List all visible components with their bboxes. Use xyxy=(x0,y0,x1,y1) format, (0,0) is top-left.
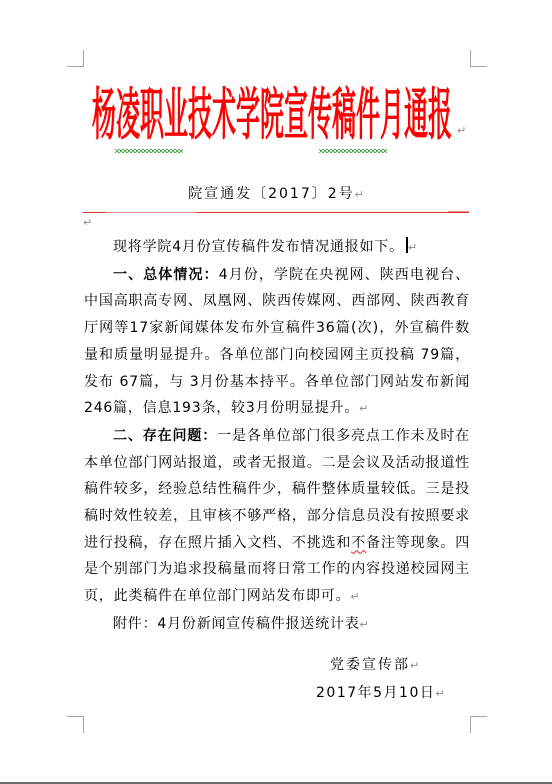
grammar-squiggle xyxy=(115,149,183,153)
document-title-text: 杨凌职业技术学院宣传稿件月通报 xyxy=(92,78,452,152)
margin-corner-bottom-right xyxy=(470,716,487,733)
paragraph-mark-icon: ↵ xyxy=(355,188,364,201)
signature-department-text: 党委宣传部 xyxy=(330,657,410,673)
section-overview-paragraph[interactable]: 一、总体情况：4月份，学院在央视网、陕西电视台、中国高职高专网、凤凰网、陕西传媒… xyxy=(84,262,470,423)
section-issues-paragraph[interactable]: 二、存在问题：一是各单位部门很多亮点工作未及时在本单位部门网站报道，或者无报道。… xyxy=(84,423,470,611)
paragraph-mark-icon: ↵ xyxy=(457,124,466,137)
paragraph-mark-icon: ↵ xyxy=(360,618,370,631)
signature-department[interactable]: 党委宣传部↵ xyxy=(330,655,421,676)
paragraph-mark-icon: ↵ xyxy=(408,241,418,254)
intro-text: 现将学院4月份宣传稿件发布情况通报如下。 xyxy=(113,239,404,255)
paragraph-mark-icon: ↵ xyxy=(359,402,369,415)
margin-corner-top-left xyxy=(67,50,84,67)
document-title[interactable]: 杨凌职业技术学院宣传稿件月通报 xyxy=(92,82,452,148)
paragraph-mark-icon: ↵ xyxy=(350,590,360,603)
margin-corner-top-right xyxy=(470,50,487,67)
paragraph-mark-icon: ↵ xyxy=(83,216,92,229)
red-header-rule-highlight xyxy=(106,212,196,213)
section-issues-text: 一是各单位部门很多亮点工作未及时在本单位部门网站报道，或者无报道。二是会议及活动… xyxy=(84,428,470,551)
section-overview-heading: 一、总体情况： xyxy=(113,267,219,283)
document-page[interactable]: 杨凌职业技术学院宣传稿件月通报 ↵ 院宣通发〔2017〕2号↵ ↵ 现将学院4月… xyxy=(0,0,552,784)
section-issues-heading: 二、存在问题： xyxy=(113,428,217,444)
section-overview-text: 4月份，学院在央视网、陕西电视台、中国高职高专网、凤凰网、陕西传媒网、西部网、陕… xyxy=(84,267,470,417)
document-body[interactable]: 现将学院4月份宣传稿件发布情况通报如下。↵ 一、总体情况：4月份，学院在央视网、… xyxy=(84,234,470,639)
signature-date[interactable]: 2017年5月10日↵ xyxy=(316,683,446,704)
grammar-squiggle xyxy=(319,149,387,153)
red-header-rule-highlight xyxy=(448,211,469,212)
intro-paragraph[interactable]: 现将学院4月份宣传稿件发布情况通报如下。↵ xyxy=(84,234,470,262)
paragraph-mark-icon: ↵ xyxy=(410,659,421,672)
document-number-text: 院宣通发〔2017〕2号 xyxy=(188,186,355,202)
attachment-text: 附件：4月份新闻宣传稿件报送统计表 xyxy=(113,616,360,632)
paragraph-mark-icon: ↵ xyxy=(435,687,446,700)
signature-date-text: 2017年5月10日 xyxy=(316,685,435,701)
margin-corner-bottom-left xyxy=(67,716,84,733)
spelling-flagged-word[interactable]: 不 xyxy=(351,535,366,551)
attachment-paragraph[interactable]: 附件：4月份新闻宣传稿件报送统计表↵ xyxy=(84,611,470,639)
document-number[interactable]: 院宣通发〔2017〕2号↵ xyxy=(0,184,552,205)
